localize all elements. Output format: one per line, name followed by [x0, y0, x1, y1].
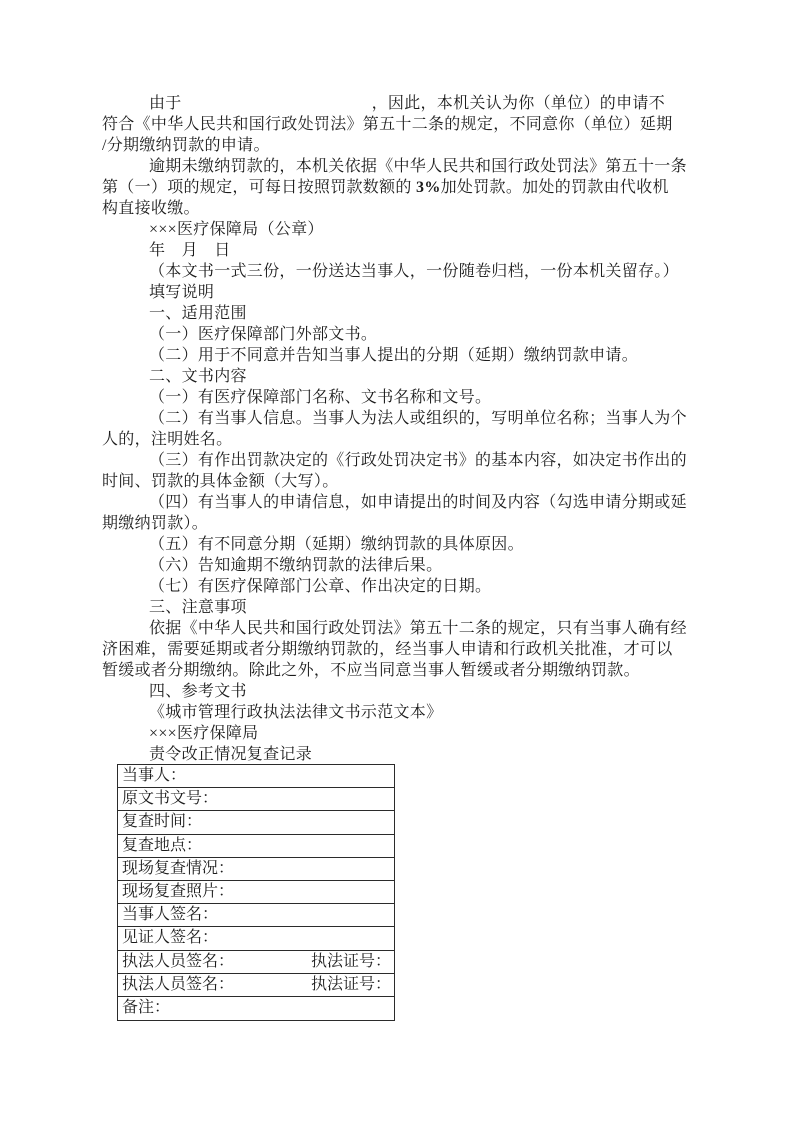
doc-line: （六）告知逾期不缴纳罚款的法律后果。 — [102, 555, 693, 576]
doc-line: （七）有医疗保障部门公章、作出决定的日期。 — [102, 576, 693, 597]
doc-line: （三）有作出罚款决定的《行政处罚决定书》的基本内容，如决定书作出的 — [102, 450, 693, 471]
table-row-label-secondary: 执法证号： — [311, 951, 391, 973]
doc-line: 由于，因此，本机关认为你（单位）的申请不 — [102, 93, 693, 114]
table-row: 当事人签名： — [118, 904, 394, 927]
doc-line: 责令改正情况复查记录 — [102, 744, 693, 765]
text-segment: 第（一）项的规定，可每日按照罚款数额的 — [102, 179, 416, 196]
doc-line: 二、文书内容 — [102, 366, 693, 387]
table-row-label: 备注： — [122, 999, 170, 1016]
doc-line: 四、参考文书 — [102, 681, 693, 702]
review-record-table: 当事人：原文书文号：复查时间：复查地点：现场复查情况：现场复查照片：当事人签名：… — [117, 764, 395, 1021]
table-row: 复查地点： — [118, 835, 394, 858]
document-text: 由于，因此，本机关认为你（单位）的申请不符合《中华人民共和国行政处罚法》第五十二… — [102, 93, 693, 765]
table-row: 执法人员签名：执法证号： — [118, 951, 394, 974]
doc-line: 《城市管理行政执法法律文书示范文本》 — [102, 702, 693, 723]
doc-line: ×××医疗保障局 — [102, 723, 693, 744]
text-segment: ，因此，本机关认为你（单位）的申请不 — [372, 95, 665, 112]
doc-line: 逾期未缴纳罚款的，本机关依据《中华人民共和国行政处罚法》第五十一条 — [102, 156, 693, 177]
table-row: 当事人： — [118, 765, 394, 788]
table-row-label: 见证人签名： — [122, 929, 218, 946]
table-row-label: 现场复查照片： — [122, 883, 234, 900]
table-row-label: 复查时间： — [122, 813, 202, 830]
table-row: 复查时间： — [118, 811, 394, 834]
table-row-label-secondary: 执法证号： — [311, 974, 391, 996]
doc-line: 人的，注明姓名。 — [102, 429, 693, 450]
document-page: 由于，因此，本机关认为你（单位）的申请不符合《中华人民共和国行政处罚法》第五十二… — [0, 0, 793, 1122]
text-segment: 加处罚款。加处的罚款由代收机 — [441, 179, 669, 196]
doc-line: /分期缴纳罚款的申请。 — [102, 135, 693, 156]
doc-line: ×××医疗保障局（公章） — [102, 219, 693, 240]
table-row: 见证人签名： — [118, 927, 394, 950]
table-row-label: 当事人签名： — [122, 906, 218, 923]
doc-line: 暂缓或者分期缴纳。除此之外，不应当同意当事人暂缓或者分期缴纳罚款。 — [102, 660, 693, 681]
doc-line: （四）有当事人的申请信息，如申请提出的时间及内容（勾选申请分期或延 — [102, 492, 693, 513]
doc-line: （二）有当事人信息。当事人为法人或组织的，写明单位名称；当事人为个 — [102, 408, 693, 429]
doc-line: 时间、罚款的具体金额（大写）。 — [102, 471, 693, 492]
doc-line: 填写说明 — [102, 282, 693, 303]
table-row: 备注： — [118, 997, 394, 1020]
table-row: 现场复查情况： — [118, 858, 394, 881]
table-row: 原文书文号： — [118, 788, 394, 811]
doc-line: （本文书一式三份，一份送达当事人，一份随卷归档，一份本机关留存。） — [102, 261, 693, 282]
table-row-label: 现场复查情况： — [122, 860, 234, 877]
doc-line: 符合《中华人民共和国行政处罚法》第五十二条的规定，不同意你（单位）延期 — [102, 114, 693, 135]
table-row: 执法人员签名：执法证号： — [118, 974, 394, 997]
table-row-label: 复查地点： — [122, 837, 202, 854]
table-row-label: 执法人员签名： — [122, 953, 234, 970]
table-row-label: 当事人： — [122, 767, 186, 784]
table-row-label: 执法人员签名： — [122, 976, 234, 993]
table-row: 现场复查照片： — [118, 881, 394, 904]
text-segment: 由于 — [149, 95, 182, 112]
doc-line: 依据《中华人民共和国行政处罚法》第五十二条的规定，只有当事人确有经 — [102, 618, 693, 639]
doc-line: 年 月 日 — [102, 240, 693, 261]
doc-line: 期缴纳罚款）。 — [102, 513, 693, 534]
doc-line: 构直接收缴。 — [102, 198, 693, 219]
doc-line: （一）有医疗保障部门名称、文书名称和文号。 — [102, 387, 693, 408]
doc-line: 一、适用范围 — [102, 303, 693, 324]
doc-line: 第（一）项的规定，可每日按照罚款数额的 3%加处罚款。加处的罚款由代收机 — [102, 177, 693, 198]
doc-line: 济困难，需要延期或者分期缴纳罚款的，经当事人申请和行政机关批准，才可以 — [102, 639, 693, 660]
doc-line: （二）用于不同意并告知当事人提出的分期（延期）缴纳罚款申请。 — [102, 345, 693, 366]
doc-line: （一）医疗保障部门外部文书。 — [102, 324, 693, 345]
table-row-label: 原文书文号： — [122, 790, 218, 807]
doc-line: 三、注意事项 — [102, 597, 693, 618]
doc-line: （五）有不同意分期（延期）缴纳罚款的具体原因。 — [102, 534, 693, 555]
emphasized-text: 3% — [416, 179, 441, 196]
